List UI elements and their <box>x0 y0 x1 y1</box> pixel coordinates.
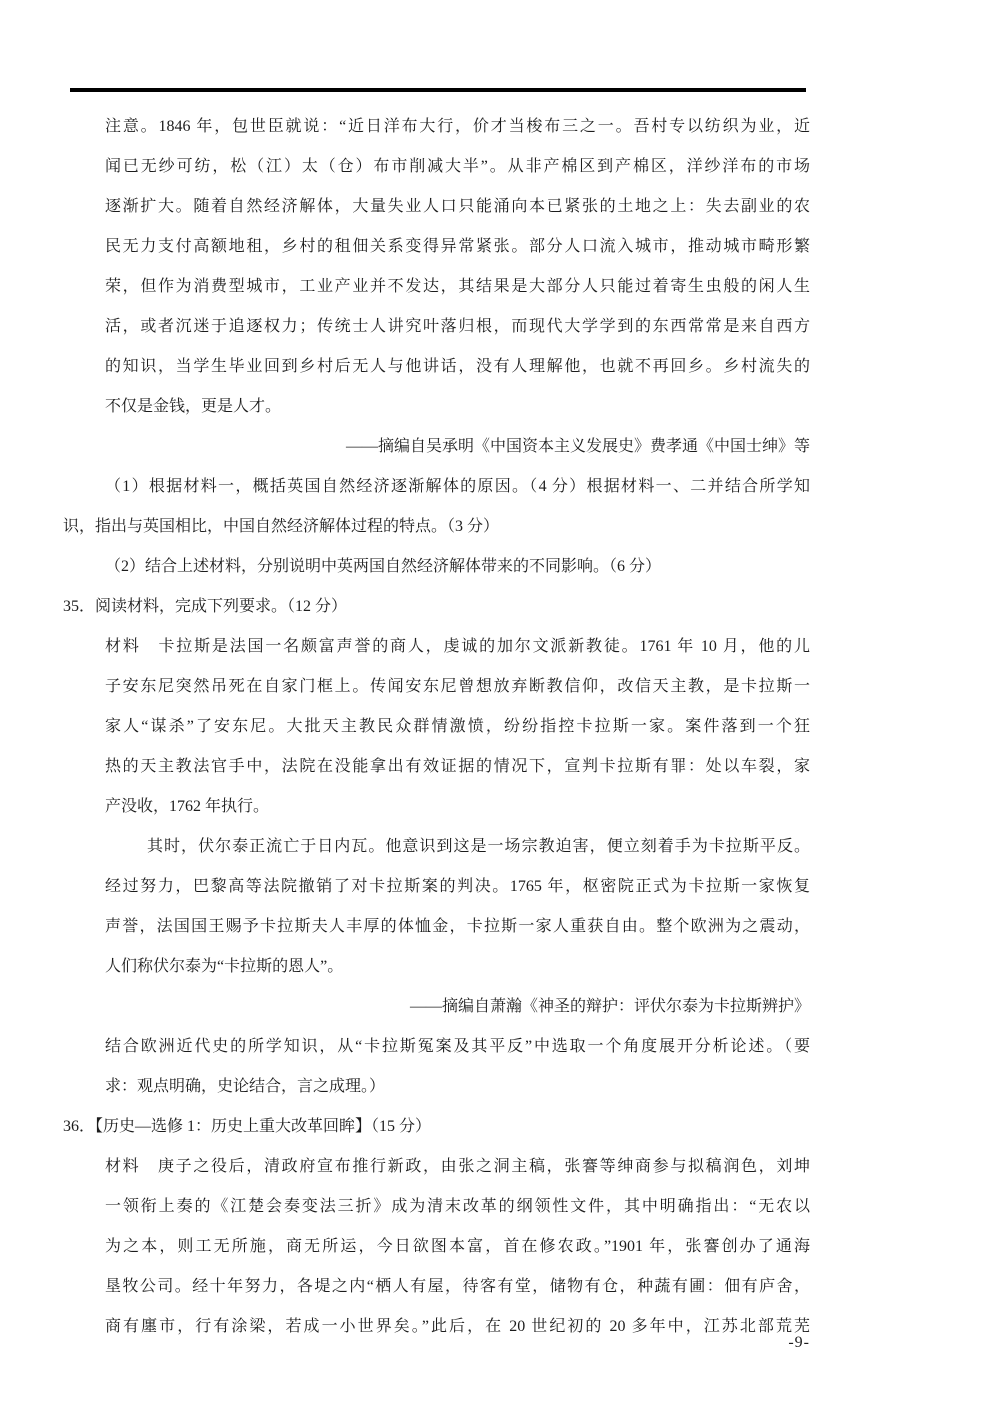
text-line: 逐渐扩大。随着自然经济解体，大量失业人口只能涌向本已紧张的土地之上：失去副业的农 <box>105 187 810 227</box>
text-line: 热的天主教法官手中，法院在没能拿出有效证据的情况下，宣判卡拉斯有罪：处以车裂，家 <box>105 747 810 787</box>
text-line: 的知识，当学生毕业回到乡村后无人与他讲话，没有人理解他，也就不再回乡。乡村流失的 <box>105 347 810 387</box>
text-line: 35．阅读材料，完成下列要求。（12 分） <box>63 587 810 627</box>
page-number: -9- <box>63 1332 810 1354</box>
text-line: 产没收，1762 年执行。 <box>105 787 810 827</box>
text-line: 36．【历史—选修 1：历史上重大改革回眸】（15 分） <box>63 1107 810 1147</box>
text-line: 一领衔上奏的《江楚会奏变法三折》成为清末改革的纲领性文件，其中明确指出：“无农以 <box>105 1187 810 1227</box>
text-line: 材料 卡拉斯是法国一名颇富声誉的商人，虔诚的加尔文派新教徒。1761 年 10 … <box>105 627 810 667</box>
text-line: 垦牧公司。经十年努力，各堤之内“栖人有屋，待客有堂，储物有仓，种蔬有圃：佃有庐舍… <box>105 1267 810 1307</box>
text-line: 声誉，法国国王赐予卡拉斯夫人丰厚的体恤金，卡拉斯一家人重获自由。整个欧洲为之震动… <box>105 907 810 947</box>
text-line: 不仅是金钱，更是人才。 <box>105 387 810 427</box>
text-line: 求：观点明确，史论结合，言之成理。） <box>105 1067 810 1107</box>
text-line: ——摘编自吴承明《中国资本主义发展史》费孝通《中国士绅》等 <box>63 427 810 467</box>
text-line: 结合欧洲近代史的所学知识，从“卡拉斯冤案及其平反”中选取一个角度展开分析论述。（… <box>105 1027 810 1067</box>
text-line: ——摘编自萧瀚《神圣的辩护：评伏尔泰为卡拉斯辨护》 <box>63 987 810 1027</box>
text-line: 活，或者沉迷于追逐权力；传统士人讲究叶落归根，而现代大学学到的东西常常是来自西方 <box>105 307 810 347</box>
text-line: 民无力支付高额地租，乡村的租佃关系变得异常紧张。部分人口流入城市，推动城市畸形繁 <box>105 227 810 267</box>
text-line: 家人“谋杀”了安东尼。大批天主教民众群情激愤，纷纷指控卡拉斯一家。案件落到一个狂 <box>105 707 810 747</box>
text-line: 注意。1846 年，包世臣就说：“近日洋布大行，价才当梭布三之一。吾村专以纺织为… <box>105 107 810 147</box>
text-line: 子安东尼突然吊死在自家门框上。传闻安东尼曾想放弃断教信仰，改信天主教，是卡拉斯一 <box>105 667 810 707</box>
text-line: 其时，伏尔泰正流亡于日内瓦。他意识到这是一场宗教迫害，便立刻着手为卡拉斯平反。 <box>105 827 810 867</box>
text-line: 人们称伏尔泰为“卡拉斯的恩人”。 <box>105 947 810 987</box>
text-line: （2）结合上述材料，分别说明中英两国自然经济解体带来的不同影响。（6 分） <box>63 547 810 587</box>
text-line: 荣，但作为消费型城市，工业产业并不发达，其结果是大部分人只能过着寄生虫般的闲人生 <box>105 267 810 307</box>
text-line: 经过努力，巴黎高等法院撤销了对卡拉斯案的判决。1765 年，枢密院正式为卡拉斯一… <box>105 867 810 907</box>
exam-page: 注意。1846 年，包世臣就说：“近日洋布大行，价才当梭布三之一。吾村专以纺织为… <box>0 0 992 1403</box>
header-rule <box>70 88 806 92</box>
text-line: 闻已无纱可纺，松（江）太（仓）布市削减大半”。从非产棉区到产棉区，洋纱洋布的市场 <box>105 147 810 187</box>
text-line: （1）根据材料一，概括英国自然经济逐渐解体的原因。（4 分）根据材料一、二并结合… <box>63 467 810 507</box>
text-line: 识，指出与英国相比，中国自然经济解体过程的特点。（3 分） <box>63 507 810 547</box>
text-line: 为之本，则工无所施，商无所运，今日欲图本富，首在修农政。”1901 年，张謇创办… <box>105 1227 810 1267</box>
text-line: 材料 庚子之役后，清政府宣布推行新政，由张之洞主稿，张謇等绅商参与拟稿润色，刘坤 <box>105 1147 810 1187</box>
